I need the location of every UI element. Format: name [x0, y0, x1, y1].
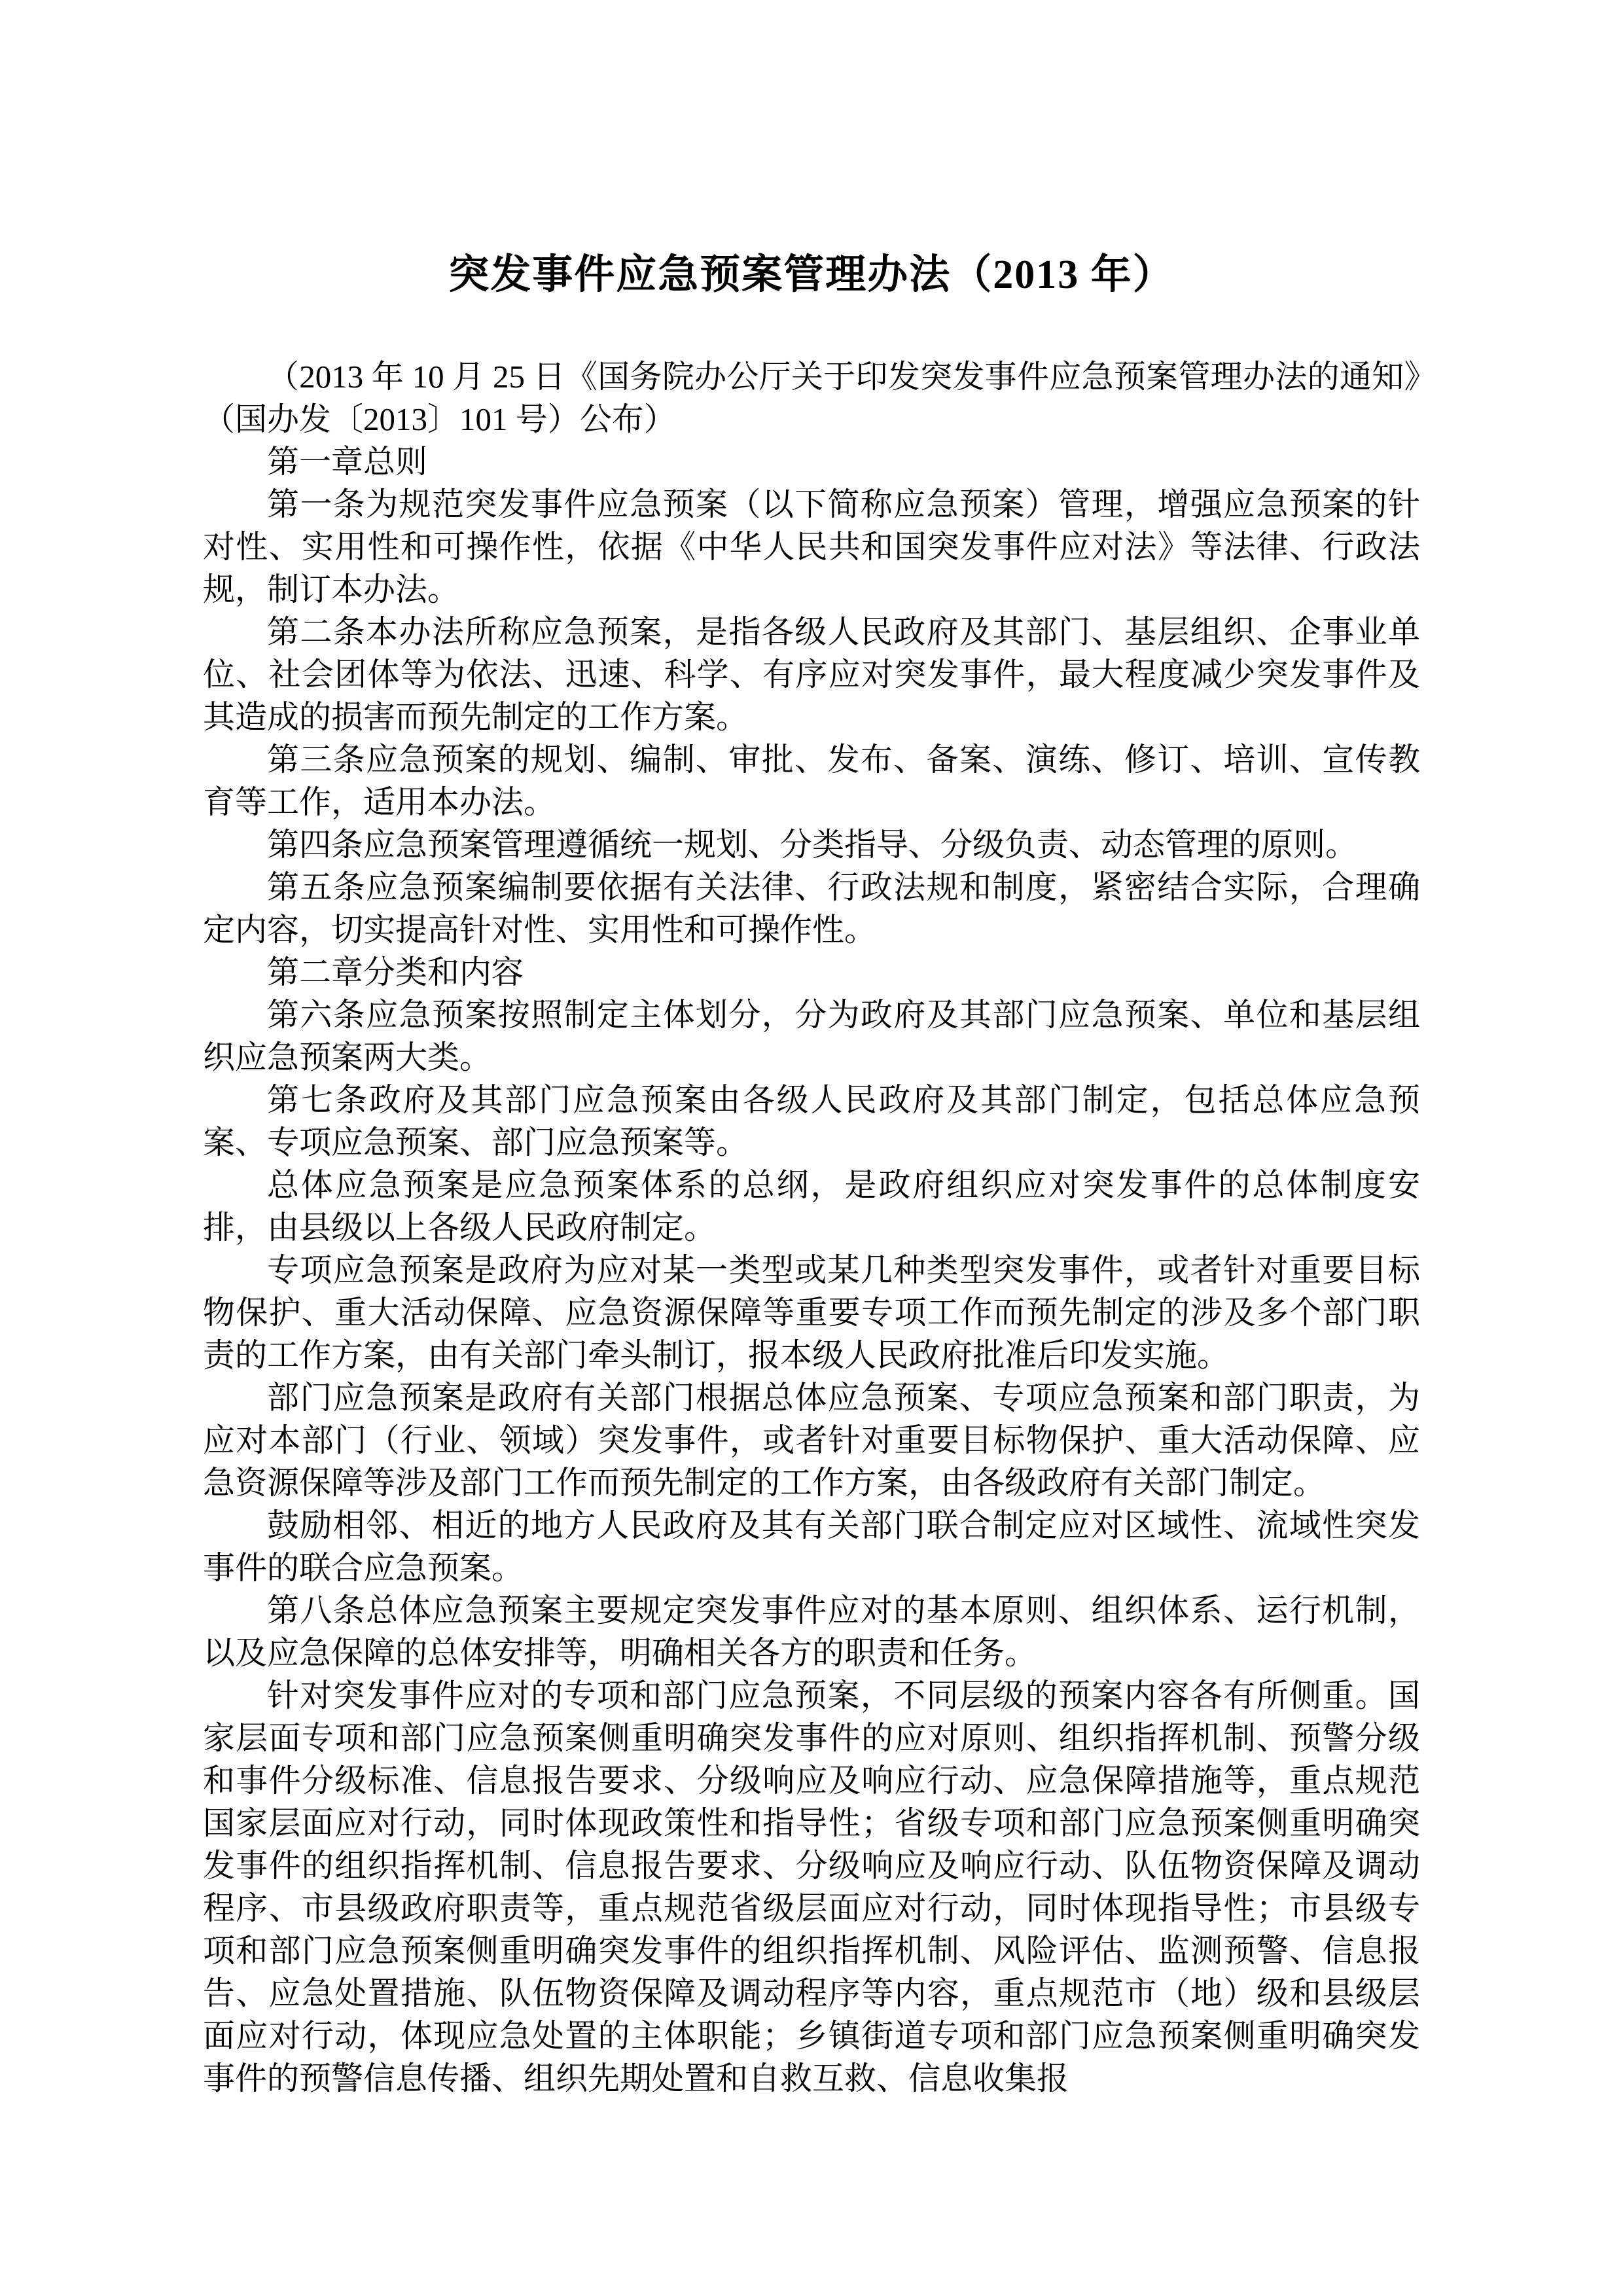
- document-page: 突发事件应急预案管理办法（2013 年） （2013 年 10 月 25 日《国…: [0, 0, 1623, 2296]
- article-2: 第二条本办法所称应急预案，是指各级人民政府及其部门、基层组织、企事业单位、社会团…: [203, 611, 1420, 738]
- document-title: 突发事件应急预案管理办法（2013 年）: [203, 251, 1420, 299]
- article-4: 第四条应急预案管理遵循统一规划、分类指导、分级负责、动态管理的原则。: [203, 823, 1420, 866]
- document-body: （2013 年 10 月 25 日《国务院办公厅关于印发突发事件应急预案管理办法…: [203, 355, 1420, 2100]
- article-8: 第八条总体应急预案主要规定突发事件应对的基本原则、组织体系、运行机制，以及应急保…: [203, 1589, 1420, 1674]
- article-5: 第五条应急预案编制要依据有关法律、行政法规和制度，紧密结合实际，合理确定内容，切…: [203, 866, 1420, 951]
- article-7-joint-plan: 鼓励相邻、相近的地方人民政府及其有关部门联合制定应对区域性、流域性突发事件的联合…: [203, 1504, 1420, 1589]
- article-7-special-plan: 专项应急预案是政府为应对某一类型或某几种类型突发事件，或者针对重要目标物保护、重…: [203, 1249, 1420, 1376]
- article-7-overall-plan: 总体应急预案是应急预案体系的总纲，是政府组织应对突发事件的总体制度安排，由县级以…: [203, 1164, 1420, 1249]
- article-7-dept-plan: 部门应急预案是政府有关部门根据总体应急预案、专项应急预案和部门职责，为应对本部门…: [203, 1376, 1420, 1504]
- article-6: 第六条应急预案按照制定主体划分，分为政府及其部门应急预案、单位和基层组织应急预案…: [203, 994, 1420, 1079]
- chapter-1-heading: 第一章总则: [203, 440, 1420, 483]
- publication-note: （2013 年 10 月 25 日《国务院办公厅关于印发突发事件应急预案管理办法…: [203, 355, 1420, 440]
- chapter-2-heading: 第二章分类和内容: [203, 951, 1420, 994]
- article-7: 第七条政府及其部门应急预案由各级人民政府及其部门制定，包括总体应急预案、专项应急…: [203, 1079, 1420, 1164]
- article-3: 第三条应急预案的规划、编制、审批、发布、备案、演练、修订、培训、宣传教育等工作，…: [203, 738, 1420, 823]
- article-1: 第一条为规范突发事件应急预案（以下简称应急预案）管理，增强应急预案的针对性、实用…: [203, 483, 1420, 611]
- article-8-level-detail: 针对突发事件应对的专项和部门应急预案，不同层级的预案内容各有所侧重。国家层面专项…: [203, 1674, 1420, 2100]
